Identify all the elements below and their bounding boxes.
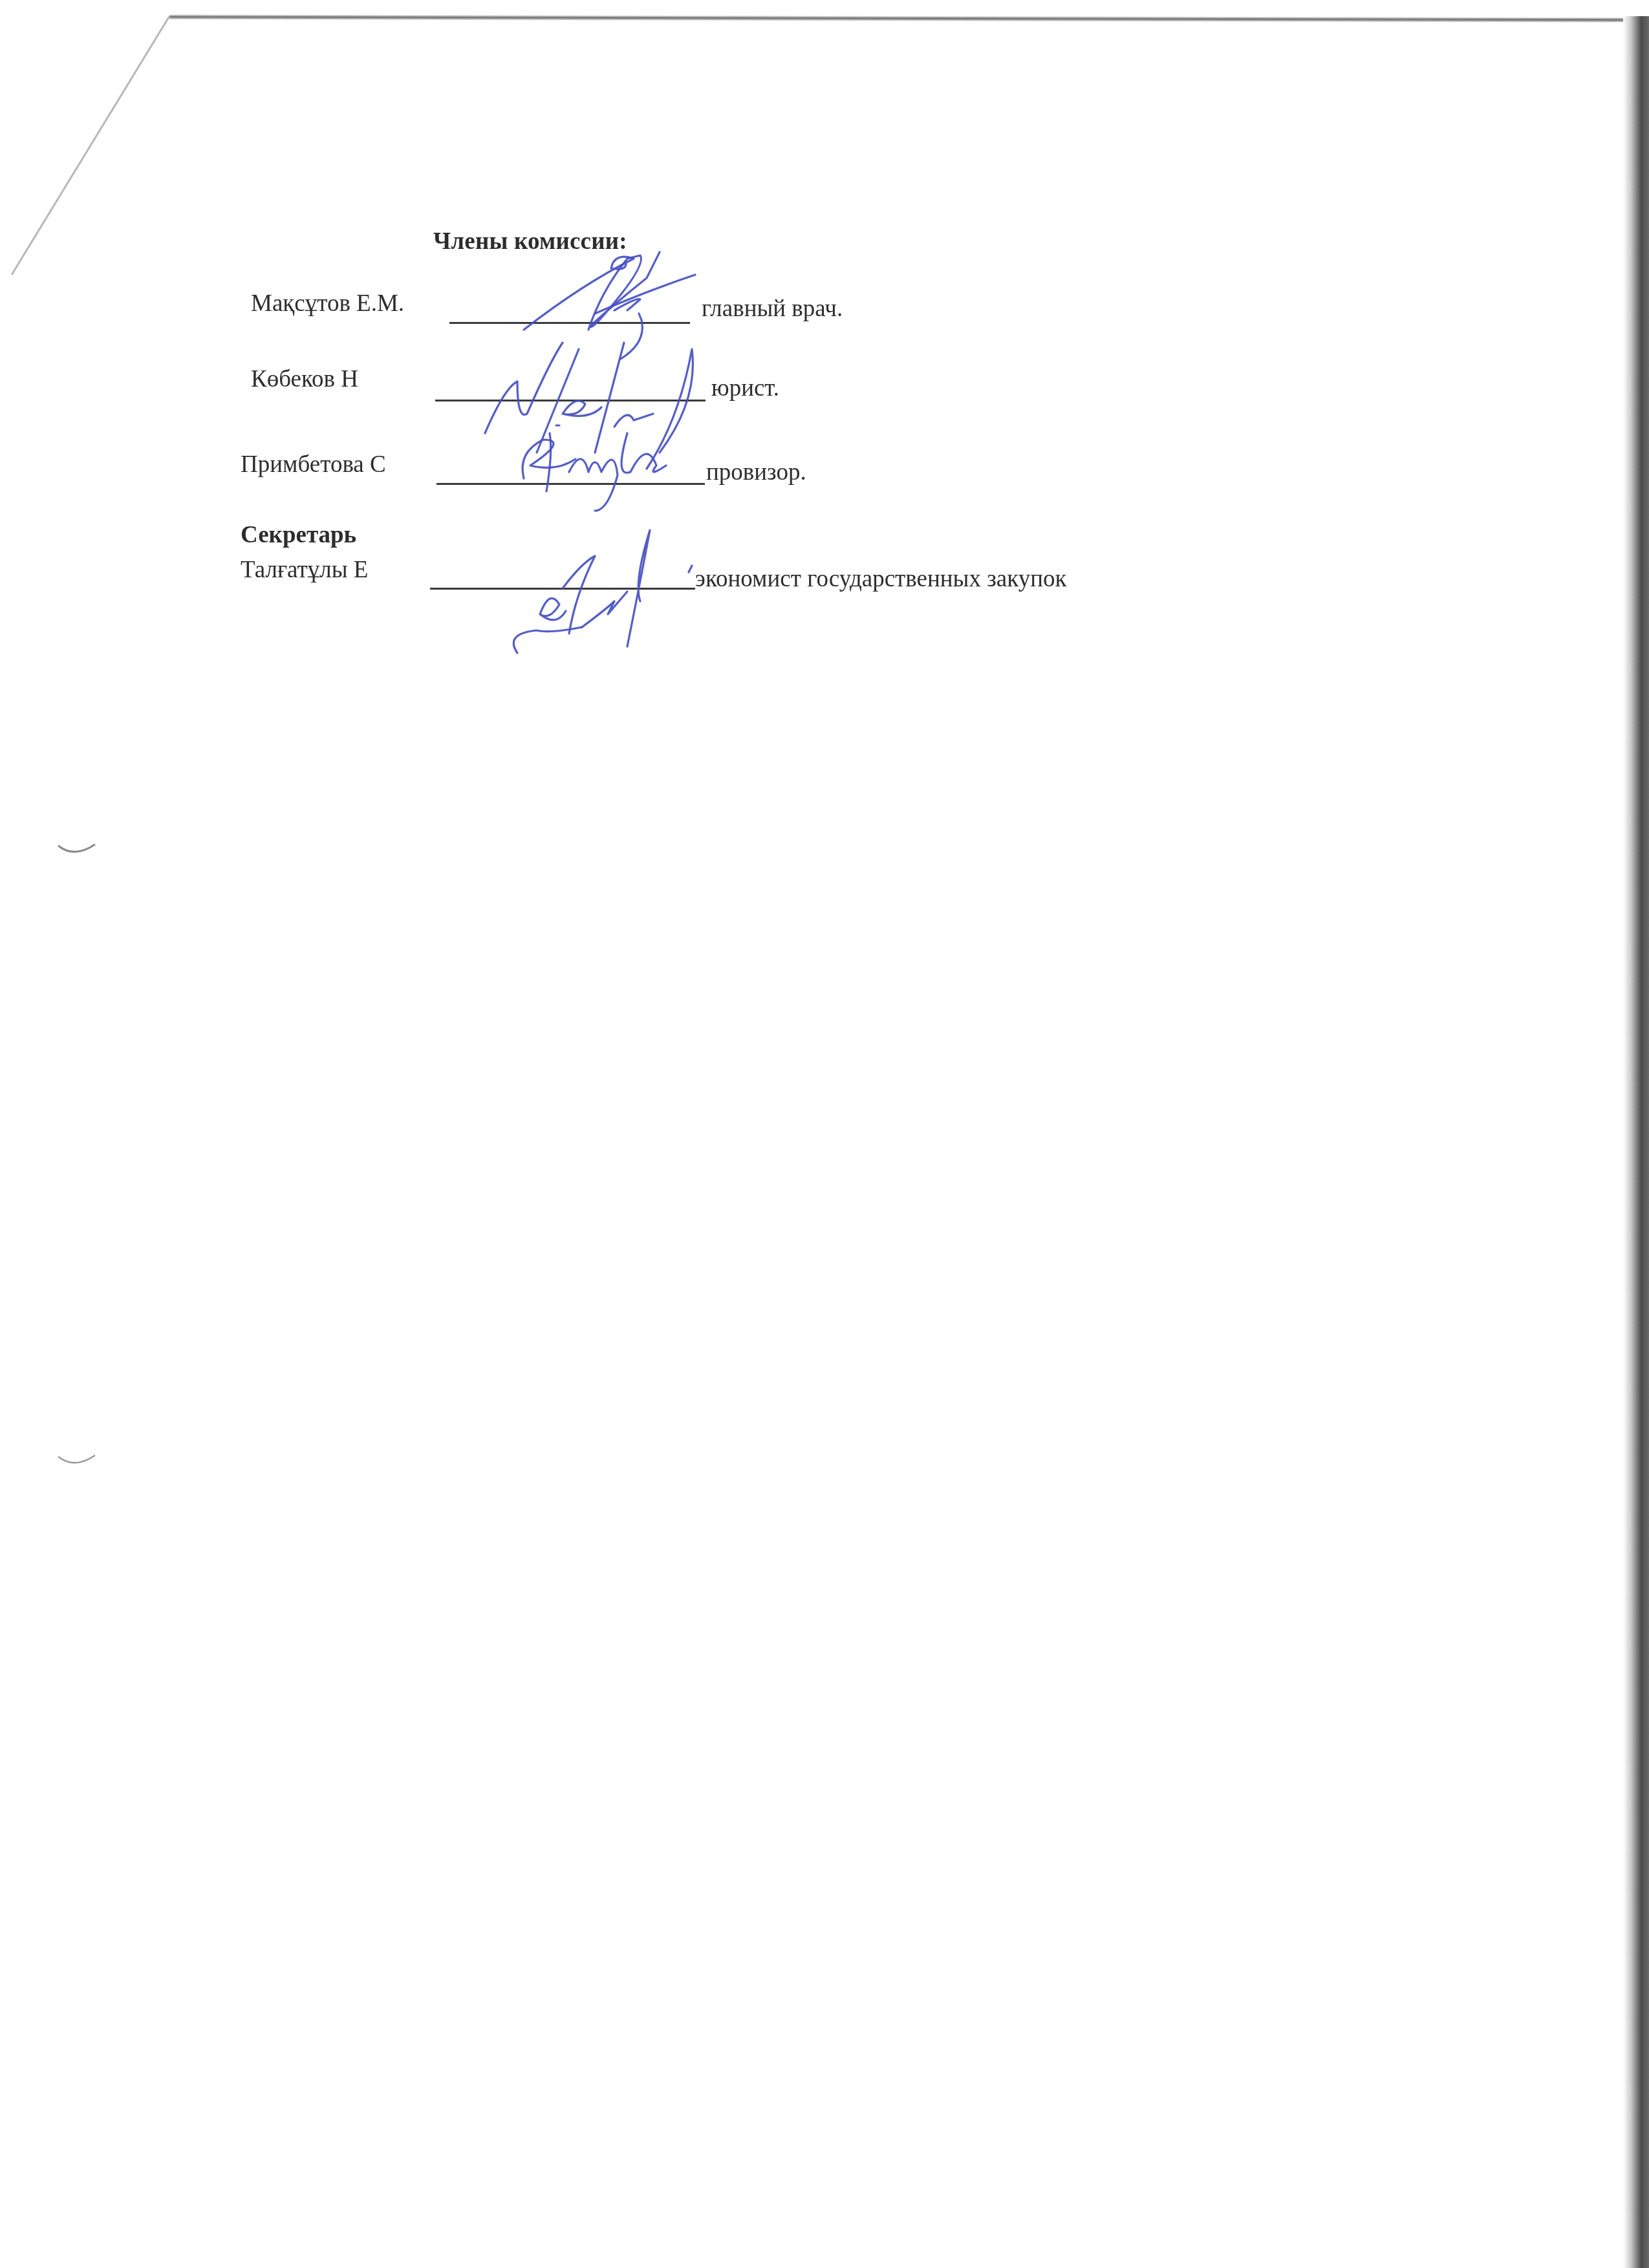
secretary-row: Талғатұлы Е экономист государственных за…: [0, 556, 1649, 595]
signature-primbetova: [491, 414, 698, 517]
secretary-label: Секретарь: [241, 521, 356, 549]
member-row: Примбетова С провизор.: [0, 451, 1649, 489]
folded-corner-edge: [0, 0, 194, 291]
member-name: Мақсұтов Е.М.: [251, 290, 404, 317]
punch-hole-mark: [55, 840, 100, 860]
member-row: Көбеков Н юрист.: [0, 365, 1649, 404]
scanned-page: [0, 0, 1649, 2268]
member-row: Мақсұтов Е.М. главный врач.: [0, 290, 1649, 328]
punch-hole-mark: [55, 1451, 100, 1471]
secretary-name: Талғатұлы Е: [241, 556, 368, 584]
secretary-role: экономист государственных закупок: [695, 565, 1066, 593]
member-name: Көбеков Н: [251, 365, 358, 393]
scanner-right-edge-shadow: [1623, 16, 1649, 2268]
signature-talgatuly: [479, 517, 724, 659]
member-name: Примбетова С: [241, 451, 386, 478]
